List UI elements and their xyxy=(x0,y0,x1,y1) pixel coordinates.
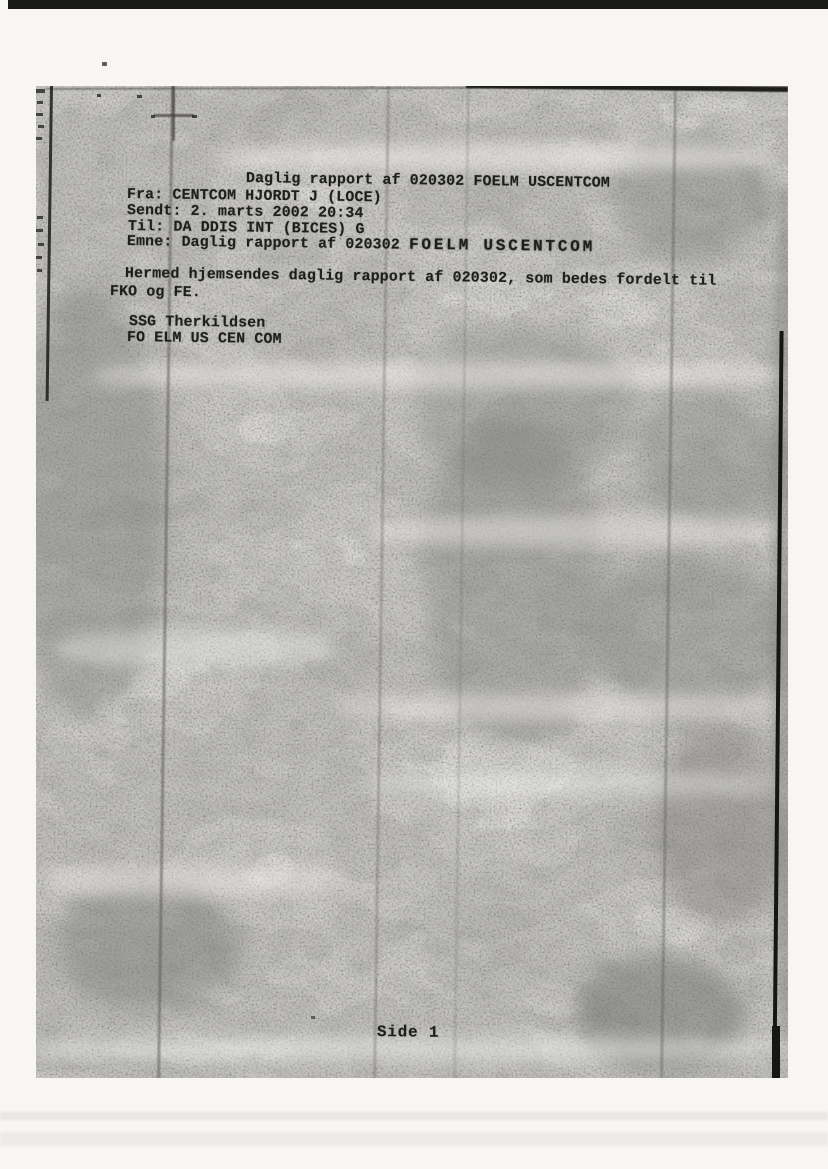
toner-speck xyxy=(151,115,155,118)
cross-mark-horizontal xyxy=(154,114,194,117)
margin-dash xyxy=(37,269,42,272)
margin-dash xyxy=(36,229,43,232)
margin-dash xyxy=(36,137,42,140)
margin-dash xyxy=(38,243,44,246)
scanner-band xyxy=(0,1132,828,1146)
toner-speck xyxy=(192,115,197,118)
margin-dash xyxy=(36,113,43,116)
light-band xyxy=(56,631,336,666)
email-header-subject-prefix: Emne: Daglig rapport af 020302 xyxy=(127,233,409,254)
light-band xyxy=(366,772,776,796)
toner-patch xyxy=(636,386,786,526)
light-band xyxy=(96,362,776,388)
page-number: Side 1 xyxy=(377,1024,440,1042)
toner-speck xyxy=(137,95,142,98)
toner-speck xyxy=(102,62,107,66)
scanner-top-edge-bar xyxy=(8,0,828,9)
toner-speck xyxy=(97,94,101,97)
light-band xyxy=(366,516,776,546)
margin-dash xyxy=(37,101,43,104)
email-header-subject-emphasis: FOELM USCENTCOM xyxy=(409,236,595,256)
scanned-document-region: Daglig rapport af 020302 FOELM USCENTCOM… xyxy=(36,86,788,1078)
margin-dash xyxy=(36,89,45,93)
toner-speck xyxy=(311,1016,315,1019)
right-edge-black-bar xyxy=(772,1026,780,1078)
light-band xyxy=(336,694,776,720)
signature-unit: FO ELM US CEN COM xyxy=(127,330,282,349)
scanned-fax-page: { "colors": { "paper": "#f7f6f3", "scan_… xyxy=(0,0,828,1169)
light-band xyxy=(216,144,776,170)
margin-dash xyxy=(36,256,42,259)
margin-dash xyxy=(37,216,43,219)
margin-dash xyxy=(38,125,44,128)
email-body-line-2: FKO og FE. xyxy=(110,284,201,302)
scanner-band xyxy=(0,1112,828,1120)
toner-patch xyxy=(60,880,240,1010)
light-band xyxy=(46,866,346,896)
